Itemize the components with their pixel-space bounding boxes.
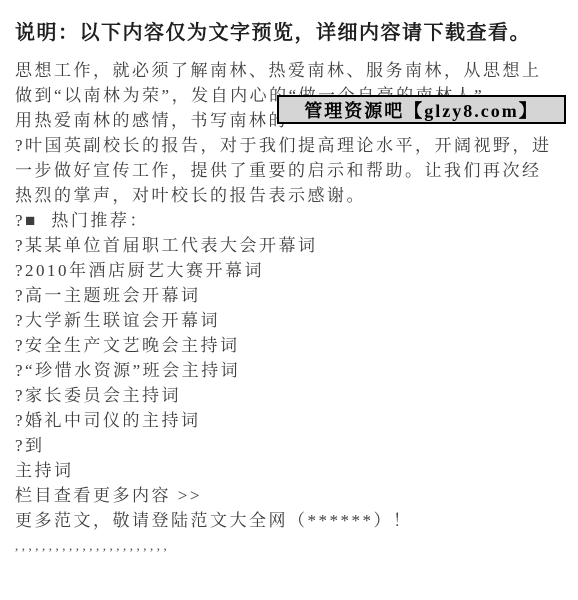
more-content-line: 栏目查看更多内容 >>	[15, 483, 571, 508]
doc-line: 主持词	[15, 458, 571, 483]
recommend-item: ?到	[15, 433, 571, 458]
watermark-site-label: 管理资源吧【glzy8.com】	[304, 97, 538, 123]
recommend-item: ?高一主题班会开幕词	[15, 283, 571, 308]
dots-row: ,,,,,,,,,,,,,,,,,,,,,,,	[15, 533, 571, 558]
recommend-item: ?婚礼中司仪的主持词	[15, 408, 571, 433]
watermark-box[interactable]: 管理资源吧【glzy8.com】	[277, 95, 566, 124]
doc-line: 思想工作，就必须了解南林、热爱南林、服务南林，从思想上	[15, 58, 571, 83]
recommend-item: ?家长委员会主持词	[15, 383, 571, 408]
preview-notice-title: 说明：以下内容仅为文字预览，详细内容请下载查看。	[15, 16, 563, 45]
recommend-item: ?“珍惜水资源”班会主持词	[15, 358, 571, 383]
doc-line: 一步做好宣传工作，提供了重要的启示和帮助。让我们再次经	[15, 158, 571, 183]
recommend-item: ?2010年酒店厨艺大赛开幕词	[15, 258, 571, 283]
doc-line: 热烈的掌声，对叶校长的报告表示感谢。	[15, 183, 571, 208]
document-text-body: 思想工作，就必须了解南林、热爱南林、服务南林，从思想上 做到“以南林为荣”，发自…	[15, 58, 571, 558]
footer-site-line: 更多范文，敬请登陆范文大全网（******）！	[15, 508, 571, 533]
hot-recommend-header: ?■ 热门推荐：	[15, 208, 571, 233]
recommend-item: ?某某单位首届职工代表大会开幕词	[15, 233, 571, 258]
doc-line: ?叶国英副校长的报告，对于我们提高理论水平，开阔视野，进	[15, 133, 571, 158]
document-preview-page: { "page": { "background": "#ffffff", "bo…	[0, 0, 578, 600]
recommend-item: ?安全生产文艺晚会主持词	[15, 333, 571, 358]
recommend-item: ?大学新生联谊会开幕词	[15, 308, 571, 333]
